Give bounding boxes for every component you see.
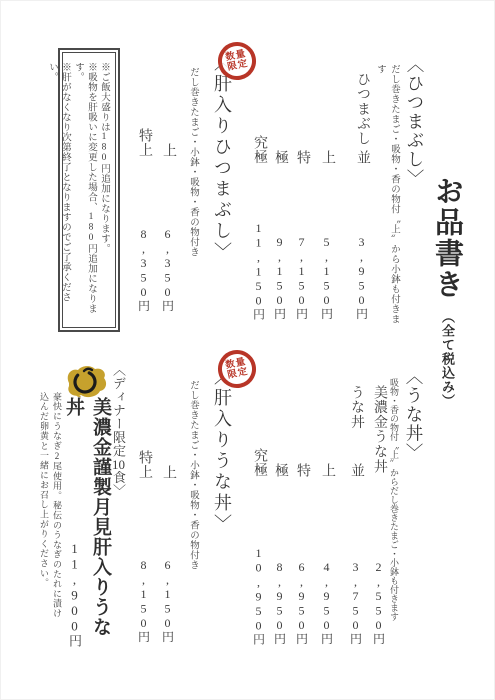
item-price: 6,950円 <box>294 560 311 645</box>
menu-item-column: 上 4,950円 <box>315 360 339 650</box>
item-grade: 特 <box>292 150 312 165</box>
page-title: お品書き <box>431 176 463 300</box>
menu-item-column: うな丼 並 3,750円 <box>344 360 368 650</box>
item-price: 11,150円 <box>251 221 268 321</box>
notice-item: ※肝がなくなり次第終了となりますのでご了承ください。 <box>45 62 71 318</box>
item-price: 7,150円 <box>294 235 311 320</box>
notice-box-inner: ※ご飯大盛りは180円追加になります。 ※吸物を肝吸いに変更した場合、180円追… <box>62 52 116 328</box>
item-price: 6,350円 <box>160 227 177 312</box>
item-grade: 特上 <box>134 128 154 158</box>
menu-item-column: 究極 10,950円 <box>247 360 271 650</box>
item-grade: 究極 <box>249 448 269 478</box>
item-grade: 上 <box>317 463 337 478</box>
item-grade: 上 <box>158 465 178 480</box>
item-price: 6,150円 <box>160 558 177 643</box>
menu-page: お品書き （全て税込み） 〈ひつまぶし〉 だし巻きたまご・吸物・香の物付〝上〟か… <box>0 0 495 700</box>
menu-item-column: 美濃金うな丼 2,550円 <box>367 360 391 650</box>
dinner-header: 〈ディナー限定10食〉 <box>113 363 128 498</box>
gold-crest-logo-icon <box>62 364 108 398</box>
menu-item-column: 特 7,150円 <box>290 50 314 330</box>
item-price: 3,950円 <box>354 235 371 320</box>
menu-item-column: 特 6,950円 <box>290 360 314 650</box>
item-price: 8,350円 <box>136 227 153 312</box>
section-unadon: 〈うな丼〉 吸物・香の物付〝上〟からだし巻きたまご・小鉢も付きます 美濃金うな丼… <box>245 360 435 650</box>
item-name: ひつまぶし <box>352 72 372 146</box>
item-price: 9,150円 <box>272 235 289 320</box>
notice-box: ※ご飯大盛りは180円追加になります。 ※吸物を肝吸いに変更した場合、180円追… <box>58 48 120 332</box>
menu-item-column: 究極 11,150円 <box>247 50 271 330</box>
section-header: 〈肝入りひつまぶし〉 <box>209 53 235 263</box>
section-kimoiri-hitsumabushi: 数量 限定 〈肝入りひつまぶし〉 だし巻きたまご・小鉢・吸物・香の物付き 上 6… <box>130 40 245 325</box>
menu-item-column: 特上 8,350円 <box>132 40 156 325</box>
section-dinner-limited: 〈ディナー限定10食〉 美濃金謹製月見肝入りうな丼 11,900円 豪快にうなぎ… <box>20 360 145 655</box>
notice-item: ※ご飯大盛りは180円追加になります。 <box>97 62 110 318</box>
section-description: だし巻きたまご・小鉢・吸物・香の物付き <box>186 67 200 257</box>
item-grade: 究極 <box>249 135 269 165</box>
dinner-item-note: 豪快にうなぎ2尾使用。秘伝のうなぎのたれに漬け込んだ卵黄と一緒にお召し上がりくだ… <box>36 392 63 624</box>
item-grade: 特 <box>292 463 312 478</box>
item-name: うな丼 <box>346 385 366 429</box>
section-header: 〈肝入りうな丼〉 <box>209 367 235 535</box>
menu-item-column: 極 9,150円 <box>268 50 292 330</box>
item-price: 2,550円 <box>371 560 388 645</box>
dinner-item-price: 11,900円 <box>68 541 84 648</box>
item-name: 美濃金うな丼 <box>369 385 389 474</box>
item-price: 10,950円 <box>251 546 268 646</box>
menu-item-column: 上 6,350円 <box>156 40 180 325</box>
item-grade: 並 <box>352 150 372 165</box>
menu-item-column: 極 8,950円 <box>268 360 292 650</box>
notice-item: ※吸物を肝吸いに変更した場合、180円追加になります。 <box>71 62 97 318</box>
item-grade: 極 <box>270 150 290 165</box>
section-description: だし巻きたまご・小鉢・吸物・香の物付き <box>186 380 200 570</box>
item-grade: 上 <box>158 143 178 158</box>
menu-item-column: 上 5,150円 <box>315 50 339 330</box>
section-header: 〈ひつまぶし〉 <box>402 55 428 188</box>
item-grade: 上 <box>317 150 337 165</box>
item-price: 5,150円 <box>319 235 336 320</box>
item-price: 3,750円 <box>348 560 365 645</box>
section-hitsumabushi: 〈ひつまぶし〉 だし巻きたまご・吸物・香の物付〝上〟から小鉢も付きます ひつまぶ… <box>245 50 435 330</box>
tax-included-note: （全て税込み） <box>440 310 455 408</box>
section-kimoiri-unadon: 数量 限定 〈肝入りうな丼〉 だし巻きたまご・小鉢・吸物・香の物付き 上 6,1… <box>130 350 245 648</box>
dinner-item-name: 美濃金謹製月見肝入りうな丼 <box>90 397 114 655</box>
menu-item-column: 上 6,150円 <box>156 350 180 648</box>
section-description: だし巻きたまご・吸物・香の物付〝上〟から小鉢も付きます <box>387 64 401 330</box>
menu-item-column: ひつまぶし 並 3,950円 <box>350 50 374 330</box>
item-grade: 並 <box>346 463 366 478</box>
item-price: 4,950円 <box>319 560 336 645</box>
item-price: 8,950円 <box>272 560 289 645</box>
section-header: 〈うな丼〉 <box>401 367 427 462</box>
item-grade: 極 <box>270 463 290 478</box>
